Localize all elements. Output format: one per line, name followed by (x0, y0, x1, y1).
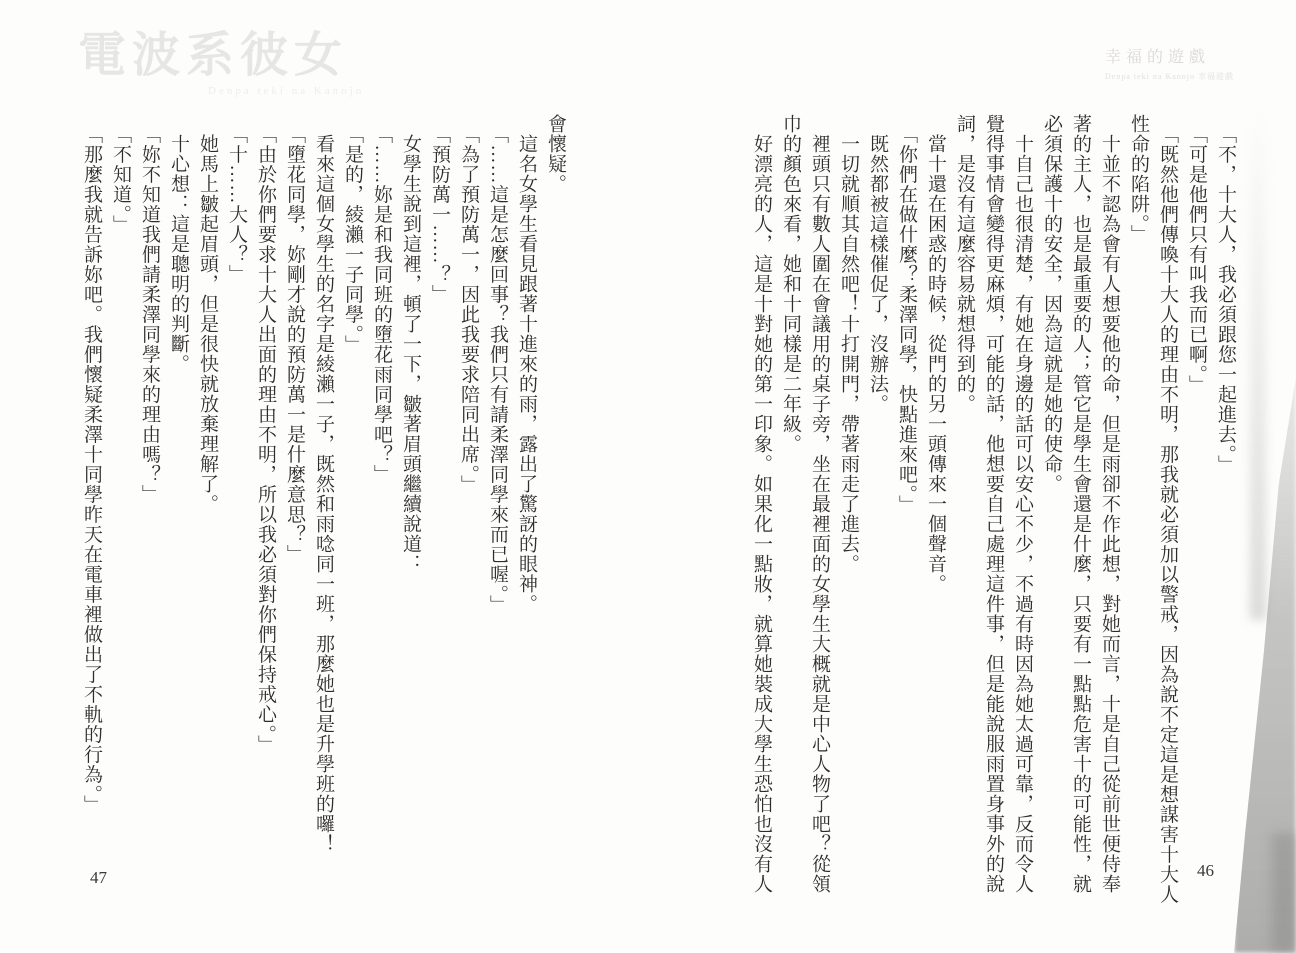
book-scan-spread: 電波系彼女 Denpa teki na Kanojo 幸福的遊戲 Denpa t… (0, 0, 1296, 953)
series-subtitle: Denpa teki na Kanojo 幸福遊戲 (1105, 71, 1234, 82)
book-logo-title: 電波系彼女 (78, 30, 364, 83)
page-47-text: 會懷疑。 這名女學生看見跟著十進來的雨，露出了驚訝的眼神。 「……這是怎麼回事？… (77, 114, 570, 910)
paragraph: 好漂亮的人，這是十對她的第一印象。如果化一點妝，就算她裝成大學生恐怕也沒有人 (747, 114, 776, 910)
page-46-text: 「不，十大人，我必須跟您一起進去。」 「可是他們只有叫我而已啊。」 「既然他們傳… (747, 114, 1240, 910)
paragraph: 十自己也很清楚，有她在身邊的話可以安心不少，不過有時因為她太過可靠，反而令人覺得… (950, 114, 1037, 910)
paragraph: 「十……大人？」 (222, 114, 251, 910)
paragraph: 「……妳是和我同班的墮花雨同學吧？」 (367, 114, 396, 910)
page-number-47: 47 (90, 868, 107, 888)
paragraph: 「可是他們只有叫我而已啊。」 (1182, 114, 1211, 910)
paragraph: 「預防萬一……？」 (425, 114, 454, 910)
paragraph: 裡頭只有數人圍在會議用的桌子旁，坐在最裡面的女學生大概就是中心人物了吧？從領巾的… (776, 114, 834, 910)
series-title: 幸福的遊戲 (1105, 44, 1234, 67)
page-number-46: 46 (1197, 861, 1214, 881)
paragraph: 「……這是怎麼回事？我們只有請柔澤同學來而已喔。」 (483, 114, 512, 910)
paragraph: 「那麼我就告訴妳吧。我們懷疑柔澤十同學昨天在電車裡做出了不軌的行為。」 (77, 114, 106, 910)
paragraph: 「是的，綾瀨一子同學。」 (338, 114, 367, 910)
paragraph: 「墮花同學，妳剛才說的預防萬一是什麼意思？」 (280, 114, 309, 910)
paragraph: 一切就順其自然吧！十打開門，帶著雨走了進去。 (834, 114, 863, 910)
paragraph: 「妳不知道我們請柔澤同學來的理由嗎？」 (135, 114, 164, 910)
paragraph: 這名女學生看見跟著十進來的雨，露出了驚訝的眼神。 (512, 114, 541, 910)
paragraph: 「不知道。」 (106, 114, 135, 910)
paragraph: 「不，十大人，我必須跟您一起進去。」 (1211, 114, 1240, 910)
paragraph: 看來這個女學生的名字是綾瀨一子，既然和雨唸同一班，那麼她也是升學班的囉！ (309, 114, 338, 910)
paragraph: 「由於你們要求十大人出面的理由不明，所以我必須對你們保持戒心。」 (251, 114, 280, 910)
paragraph: 會懷疑。 (541, 114, 570, 910)
paragraph: 十並不認為會有人想要他的命，但是雨卻不作此想，對她而言，十是自己從前世便侍奉著的… (1037, 114, 1124, 910)
paragraph: 「為了預防萬一，因此我要求陪同出席。」 (454, 114, 483, 910)
scan-edge-shadow-streak (1250, 100, 1266, 620)
book-logo-romaji: Denpa teki na Kanojo (78, 85, 364, 97)
paragraph: 女學生說到這裡，頓了一下，皺著眉頭繼續說道： (396, 114, 425, 910)
paragraph: 「既然他們傳喚十大人的理由不明，那我就必須加以警戒，因為說不定這是想謀害十大人性… (1124, 114, 1182, 910)
book-logo: 電波系彼女 Denpa teki na Kanojo (78, 30, 364, 97)
paragraph: 「你們在做什麼？柔澤同學，快點進來吧。」 (892, 114, 921, 910)
scan-corner-shadow (1272, 833, 1296, 953)
paragraph: 她馬上皺起眉頭，但是很快就放棄理解了。 (193, 114, 222, 910)
series-header: 幸福的遊戲 Denpa teki na Kanojo 幸福遊戲 (1105, 44, 1234, 82)
paragraph: 十心想：這是聰明的判斷。 (164, 114, 193, 910)
paragraph: 既然都被這樣催促了，沒辦法。 (863, 114, 892, 910)
paragraph: 當十還在困惑的時候，從門的另一頭傳來一個聲音。 (921, 114, 950, 910)
